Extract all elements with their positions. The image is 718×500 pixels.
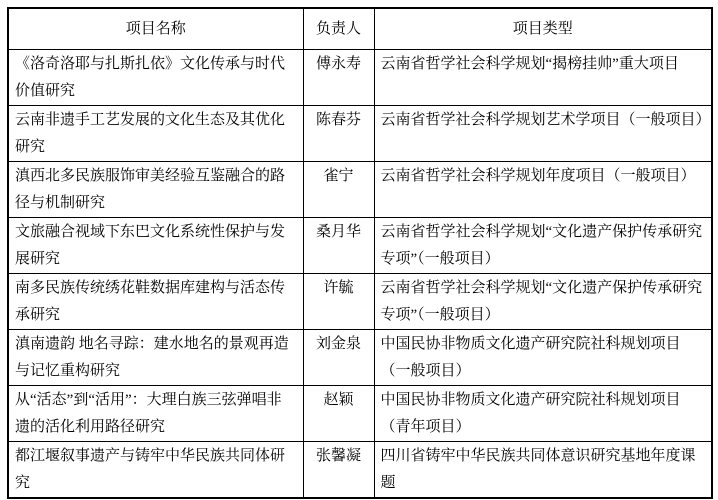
table-row: 滇南遗韵 地名寻踪：建水地名的景观再造与记忆重构研究刘金泉中国民协非物质文化遗产… bbox=[8, 330, 712, 386]
table-row: 文旅融合视域下东巴文化系统性保护与发展研究桑月华云南省哲学社会科学规划“文化遗产… bbox=[8, 218, 712, 274]
cell-name: 滇西北多民族服饰审美经验互鉴融合的路径与机制研究 bbox=[8, 162, 303, 218]
column-header-leader: 负责人 bbox=[303, 8, 374, 50]
cell-type: 云南省哲学社会科学规划“揭榜挂帅”重大项目 bbox=[374, 50, 712, 106]
table-row: 南多民族传统绣花鞋数据库建构与活态传承研究许毓云南省哲学社会科学规划“文化遗产保… bbox=[8, 274, 712, 330]
cell-type: 四川省铸牢中华民族共同体意识研究基地年度课题 bbox=[374, 442, 712, 499]
table-row: 云南非遗手工艺发展的文化生态及其优化研究陈春芬云南省哲学社会科学规划艺术学项目（… bbox=[8, 106, 712, 162]
cell-type: 云南省哲学社会科学规划年度项目（一般项目） bbox=[374, 162, 712, 218]
cell-name: 都江堰叙事遗产与铸牢中华民族共同体研究 bbox=[8, 442, 303, 499]
cell-leader: 刘金泉 bbox=[303, 330, 374, 386]
cell-type: 云南省哲学社会科学规划“文化遗产保护传承研究专项”（一般项目） bbox=[374, 274, 712, 330]
cell-name: 滇南遗韵 地名寻踪：建水地名的景观再造与记忆重构研究 bbox=[8, 330, 303, 386]
table-header-row: 项目名称负责人项目类型 bbox=[8, 8, 712, 50]
cell-leader: 许毓 bbox=[303, 274, 374, 330]
column-header-type: 项目类型 bbox=[374, 8, 712, 50]
table-body: 《洛奇洛耶与扎斯扎依》文化传承与时代价值研究傅永寿云南省哲学社会科学规划“揭榜挂… bbox=[8, 50, 712, 499]
cell-type: 云南省哲学社会科学规划“文化遗产保护传承研究专项”（一般项目） bbox=[374, 218, 712, 274]
table-row: 《洛奇洛耶与扎斯扎依》文化传承与时代价值研究傅永寿云南省哲学社会科学规划“揭榜挂… bbox=[8, 50, 712, 106]
cell-leader: 赵颖 bbox=[303, 386, 374, 442]
cell-type: 中国民协非物质文化遗产研究院社科规划项目（青年项目） bbox=[374, 386, 712, 442]
projects-table: 项目名称负责人项目类型 《洛奇洛耶与扎斯扎依》文化传承与时代价值研究傅永寿云南省… bbox=[7, 7, 713, 499]
cell-leader: 张馨凝 bbox=[303, 442, 374, 499]
cell-type: 云南省哲学社会科学规划艺术学项目（一般项目） bbox=[374, 106, 712, 162]
cell-name: 云南非遗手工艺发展的文化生态及其优化研究 bbox=[8, 106, 303, 162]
cell-leader: 傅永寿 bbox=[303, 50, 374, 106]
cell-leader: 陈春芬 bbox=[303, 106, 374, 162]
cell-leader: 雀宁 bbox=[303, 162, 374, 218]
column-header-name: 项目名称 bbox=[8, 8, 303, 50]
cell-type: 中国民协非物质文化遗产研究院社科规划项目（一般项目） bbox=[374, 330, 712, 386]
cell-name: 文旅融合视域下东巴文化系统性保护与发展研究 bbox=[8, 218, 303, 274]
table-row: 从“活态”到“活用”：大理白族三弦弹唱非遗的活化利用路径研究赵颖中国民协非物质文… bbox=[8, 386, 712, 442]
table-row: 都江堰叙事遗产与铸牢中华民族共同体研究张馨凝四川省铸牢中华民族共同体意识研究基地… bbox=[8, 442, 712, 499]
cell-name: 《洛奇洛耶与扎斯扎依》文化传承与时代价值研究 bbox=[8, 50, 303, 106]
cell-name: 南多民族传统绣花鞋数据库建构与活态传承研究 bbox=[8, 274, 303, 330]
table-header: 项目名称负责人项目类型 bbox=[8, 8, 712, 50]
table-row: 滇西北多民族服饰审美经验互鉴融合的路径与机制研究雀宁云南省哲学社会科学规划年度项… bbox=[8, 162, 712, 218]
cell-leader: 桑月华 bbox=[303, 218, 374, 274]
cell-name: 从“活态”到“活用”：大理白族三弦弹唱非遗的活化利用路径研究 bbox=[8, 386, 303, 442]
